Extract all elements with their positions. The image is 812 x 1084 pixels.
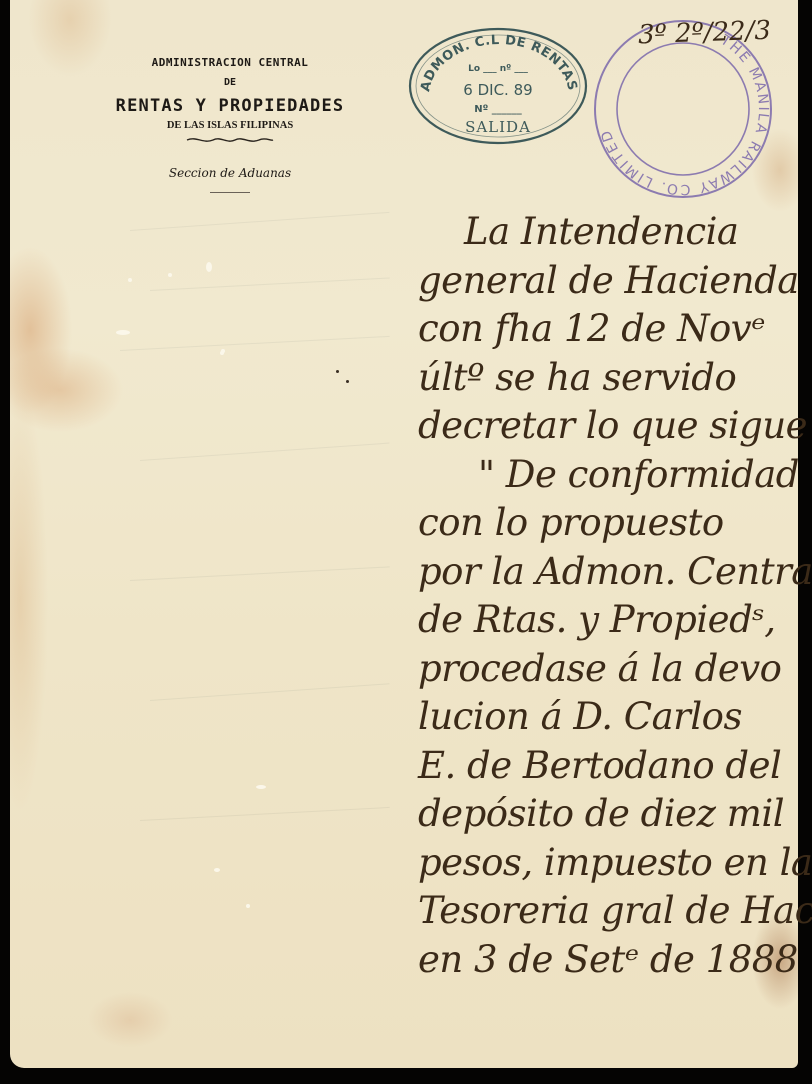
letterhead-rule bbox=[210, 192, 250, 193]
reference-note: 3º 2º/22/3 bbox=[638, 16, 772, 51]
letter-line: La Intendencia bbox=[418, 208, 808, 257]
paper-flake bbox=[214, 868, 220, 872]
paper-flake bbox=[168, 273, 172, 277]
salida-stamp: ADMON. C.L DE RENTAS Y PROPIEDADES Lo __… bbox=[407, 26, 589, 146]
paper-flake bbox=[206, 262, 212, 272]
document-page: ADMINISTRACION CENTRAL DE RENTAS Y PROPI… bbox=[10, 0, 798, 1068]
letterhead-rentas: RENTAS Y PROPIEDADES bbox=[70, 96, 390, 116]
paper-speck bbox=[336, 370, 339, 373]
salida-stamp-lo-field: Lo ___ nº ___ bbox=[468, 64, 528, 74]
paper-flake bbox=[256, 785, 266, 789]
letter-line: decretar lo que sigue bbox=[418, 402, 808, 451]
letterhead-de: DE bbox=[70, 77, 390, 88]
bleed-through-line bbox=[120, 336, 390, 351]
letter-line: " De conformidad bbox=[418, 451, 808, 500]
bleed-through-line bbox=[140, 443, 389, 461]
letter-line: pesos, impuesto en la bbox=[418, 839, 808, 888]
letterhead-islas: DE LAS ISLAS FILIPINAS bbox=[70, 120, 390, 131]
bleed-through-line bbox=[130, 566, 390, 581]
salida-stamp-date: 6 DIC. 89 bbox=[463, 81, 532, 99]
bleed-through-line bbox=[150, 683, 389, 701]
letter-line: con lo propuesto bbox=[418, 499, 808, 548]
letterhead-section: Seccion de Aduanas bbox=[70, 166, 390, 180]
letter-line: Tesoreria gral de Hacᵃ bbox=[418, 887, 808, 936]
letter-line: con fha 12 de Novᵉ bbox=[418, 305, 808, 354]
letter-body: La Intendencia general de Hacienda con f… bbox=[418, 208, 808, 984]
letter-line: E. de Bertodano del bbox=[418, 742, 808, 791]
letter-line: en 3 de Setᵉ de 1888 bbox=[418, 936, 808, 985]
salida-stamp-label: SALIDA bbox=[465, 118, 531, 136]
bleed-through-line bbox=[130, 212, 389, 231]
flourish-ornament-icon bbox=[185, 135, 275, 145]
letter-line: por la Admon. Central bbox=[418, 548, 808, 597]
letter-line: de Rtas. y Propiedˢ, bbox=[418, 596, 808, 645]
paper-flake bbox=[246, 904, 250, 908]
letter-line: general de Hacienda bbox=[418, 257, 808, 306]
letter-line: depósito de diez mil bbox=[418, 790, 808, 839]
paper-flake bbox=[116, 330, 130, 335]
paper-speck bbox=[346, 380, 349, 383]
bleed-through-line bbox=[140, 807, 390, 821]
salida-stamp-no-field: Nº ______ bbox=[474, 104, 522, 115]
letter-line: lucion á D. Carlos bbox=[418, 693, 808, 742]
paper-flake bbox=[220, 351, 224, 355]
letter-line: últº se ha servido bbox=[418, 354, 808, 403]
paper-flake bbox=[128, 278, 132, 282]
letterhead-administracion: ADMINISTRACION CENTRAL bbox=[70, 56, 390, 69]
letterhead: ADMINISTRACION CENTRAL DE RENTAS Y PROPI… bbox=[70, 56, 390, 193]
letter-line: procedase á la devo bbox=[418, 645, 808, 694]
bleed-through-line bbox=[150, 277, 390, 291]
